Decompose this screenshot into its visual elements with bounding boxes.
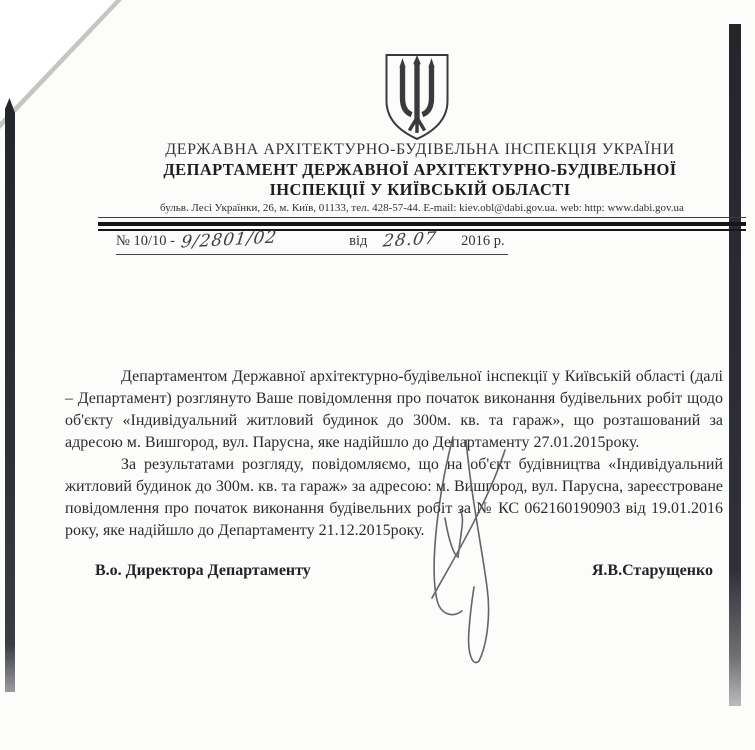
scan-edge-left (5, 98, 15, 692)
ukraine-trident-emblem-icon (372, 52, 462, 142)
org-name-line3: ІНСПЕКЦІЇ У КИЇВСЬКІЙ ОБЛАСТІ (95, 180, 745, 200)
reference-line: № 10/10 - 9/2801/02 від 28.07 2016 р. (116, 230, 508, 255)
reference-date-label: від (349, 233, 367, 250)
org-address-line: бульв. Лесі Українки, 26, м. Київ, 01133… (98, 202, 746, 218)
scan-edge-right (729, 24, 741, 706)
reference-date-handwritten: 28.07 (382, 229, 438, 252)
body-paragraph-1: Департаментом Державної архітектурно-буд… (65, 366, 723, 454)
org-name-line2: ДЕПАРТАМЕНТ ДЕРЖАВНОЇ АРХІТЕКТУРНО-БУДІВ… (95, 160, 745, 180)
reference-year-printed: 2016 р. (461, 233, 505, 250)
scanned-letter-page: ДЕРЖАВНА АРХІТЕКТУРНО-БУДІВЕЛЬНА ІНСПЕКЦ… (0, 0, 755, 750)
body-paragraph-2: За результатами розгляду, повідомляємо, … (65, 454, 723, 542)
reference-number-printed: № 10/10 - (116, 233, 175, 250)
letter-body: Департаментом Державної архітектурно-буд… (65, 366, 723, 542)
signature-row: В.о. Директора Департаменту Я.В.Старущен… (65, 562, 723, 580)
signer-name: Я.В.Старущенко (592, 562, 723, 580)
signer-position-title: В.о. Директора Департаменту (65, 562, 311, 580)
corner-fold (0, 0, 116, 122)
org-name-line1: ДЕРЖАВНА АРХІТЕКТУРНО-БУДІВЕЛЬНА ІНСПЕКЦ… (95, 141, 745, 159)
reference-number-handwritten: 9/2801/02 (180, 227, 279, 252)
